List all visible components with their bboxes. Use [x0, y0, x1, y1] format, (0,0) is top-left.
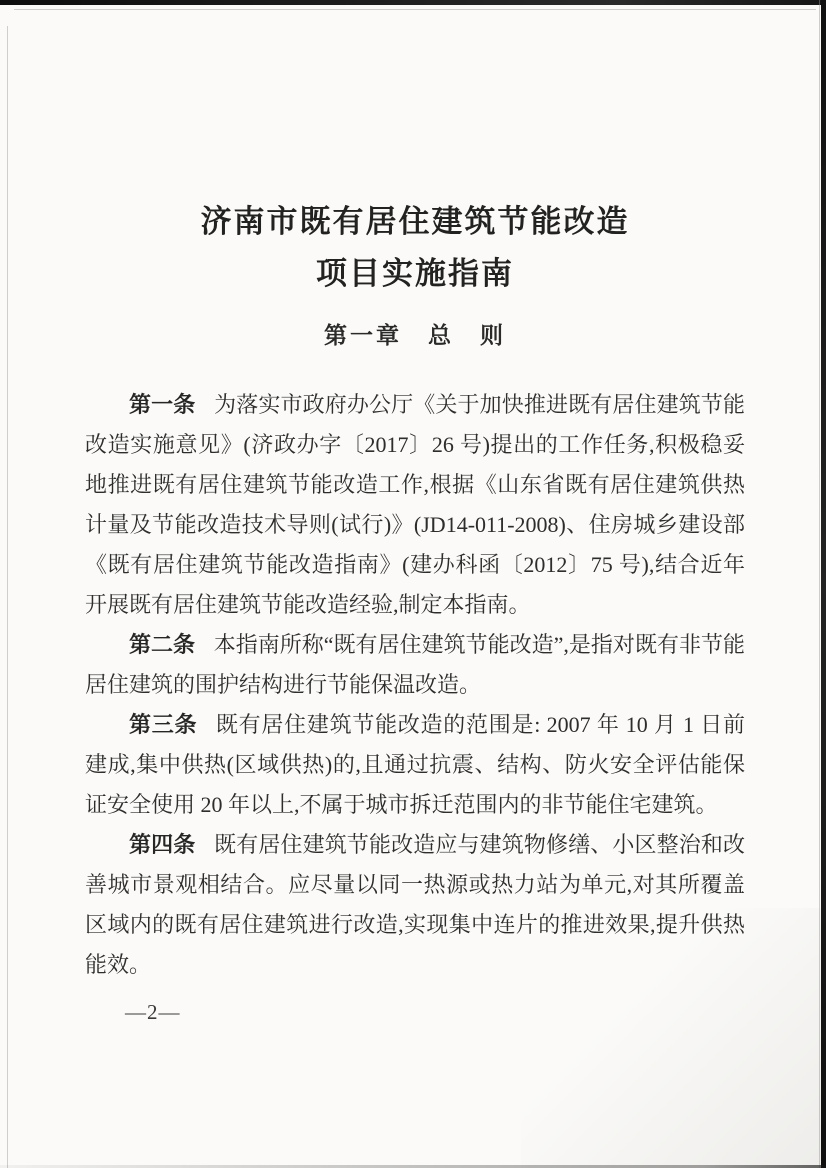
- document-content: 济南市既有居住建筑节能改造 项目实施指南 第一章 总 则 第一条为落实市政府办公…: [85, 0, 745, 1025]
- chapter-heading: 第一章 总 则: [85, 321, 745, 349]
- articles-section: 第一条为落实市政府办公厅《关于加快推进既有居住建筑节能改造实施意见》(济政办字〔…: [85, 385, 745, 985]
- article-1-label: 第一条: [129, 392, 195, 417]
- article-4-label: 第四条: [129, 832, 195, 857]
- article-2-label: 第二条: [129, 632, 195, 657]
- scan-edge-right: [821, 0, 826, 1168]
- article-1-body: 为落实市政府办公厅《关于加快推进既有居住建筑节能改造实施意见》(济政办字〔201…: [85, 392, 745, 617]
- document-title-line1: 济南市既有居住建筑节能改造: [85, 196, 745, 248]
- article-3-label: 第三条: [129, 712, 197, 737]
- page-number: —2—: [85, 1000, 745, 1025]
- article-4: 第四条既有居住建筑节能改造应与建筑物修缮、小区整治和改善城市景观相结合。应尽量以…: [85, 825, 745, 985]
- article-1: 第一条为落实市政府办公厅《关于加快推进既有居住建筑节能改造实施意见》(济政办字〔…: [85, 385, 745, 625]
- article-3: 第三条既有居住建筑节能改造的范围是: 2007 年 10 月 1 日前建成,集中…: [85, 705, 745, 825]
- scan-fold-line: [7, 26, 8, 1168]
- document-title: 济南市既有居住建筑节能改造 项目实施指南: [85, 196, 745, 300]
- article-2: 第二条本指南所称“既有居住建筑节能改造”,是指对既有非节能居住建筑的围护结构进行…: [85, 625, 745, 705]
- scan-edge-right-hairline: [819, 0, 820, 1168]
- scanned-document-page: 济南市既有居住建筑节能改造 项目实施指南 第一章 总 则 第一条为落实市政府办公…: [0, 0, 826, 1168]
- document-title-line2: 项目实施指南: [85, 248, 745, 300]
